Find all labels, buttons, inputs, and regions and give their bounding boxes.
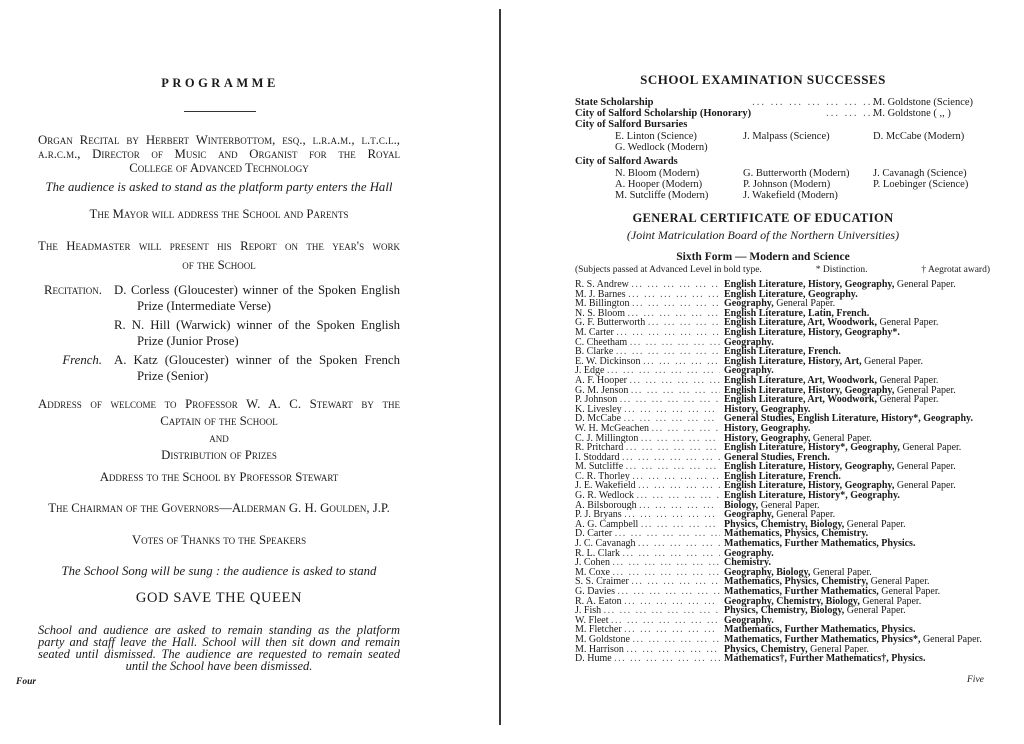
- student-name: E. W. Dickinson ... ... ... ... ... ... …: [575, 357, 720, 367]
- student-name: G. Davies ... ... ... ... ... ... ... ..…: [575, 587, 720, 597]
- other-subjects: General Paper.: [900, 442, 961, 453]
- award-recipient: M. Sutcliffe (Modern): [615, 190, 708, 201]
- closing-instructions: School and audience are asked to remain …: [38, 624, 400, 672]
- chairman-item: The Chairman of the Governors—Alderman G…: [38, 501, 400, 515]
- student-name: J. Fish ... ... ... ... ... ... ... ...: [575, 606, 720, 616]
- legend-bold-note: (Subjects passed at Advanced Level in bo…: [575, 265, 762, 275]
- student-name: W. Fleet ... ... ... ... ... ... ... ...: [575, 616, 720, 626]
- student-name: M. Harrison ... ... ... ... ... ... ... …: [575, 645, 720, 655]
- other-subjects: General Paper.: [862, 356, 923, 367]
- student-name: M. Goldstone ... ... ... ... ... ... ...…: [575, 635, 720, 645]
- legend-aegrotat-note: † Aegrotat award): [921, 265, 990, 275]
- leader-dots: ... ... ... ... ... ... ... ...: [633, 635, 721, 645]
- title-rule-divider: [184, 111, 256, 112]
- student-name: A. Bilsborough ... ... ... ... ... ... .…: [575, 501, 720, 511]
- student-name: M. J. Barnes ... ... ... ... ... ... ...…: [575, 290, 720, 300]
- result-row: J. Fish ... ... ... ... ... ... ... ...P…: [575, 606, 1015, 616]
- other-subjects: General Paper.: [894, 461, 955, 472]
- student-name: S. S. Craimer ... ... ... ... ... ... ..…: [575, 577, 720, 587]
- stand-note: The audience is asked to stand as the pl…: [38, 180, 400, 194]
- leader-dots: ... ... ... ... ... ... ... ...: [626, 462, 720, 472]
- leader-dots: ... ... ... ... ... ... ... ...: [604, 606, 720, 616]
- leader-dots: ... ... ... ... ... ... ... ...: [628, 290, 720, 300]
- recitation-line: A. Katz (Gloucester) winner of the Spoke…: [114, 353, 400, 367]
- other-subjects: General Paper.: [844, 605, 905, 616]
- student-name: K. Livesley ... ... ... ... ... ... ... …: [575, 405, 720, 415]
- student-name: C. R. Thorley ... ... ... ... ... ... ..…: [575, 472, 720, 482]
- scholarship-row: ... ... ... ... ... ... ...State Scholar…: [575, 97, 985, 108]
- bursary-recipient: J. Malpass (Science): [743, 131, 830, 142]
- award-recipient: A. Hooper (Modern): [615, 179, 702, 190]
- recitation-line: Prize (Senior): [114, 369, 400, 383]
- leader-dots: ... ... ... ... ... ... ... ...: [624, 597, 720, 607]
- award-recipient: J. Cavanagh (Science): [873, 168, 967, 179]
- organ-recital-line: College of Advanced Technology: [38, 161, 400, 175]
- leader-dots: ... ... ... ... ... ... ... ...: [648, 318, 720, 328]
- recitation-line: Prize (Junior Prose): [114, 334, 400, 348]
- sixth-form-title: Sixth Form — Modern and Science: [563, 251, 963, 263]
- recitation-line: Prize (Intermediate Verse): [114, 299, 400, 313]
- leader-dots: ... ... ... ... ... ... ... ...: [631, 280, 720, 290]
- student-name: J. Edge ... ... ... ... ... ... ... ...: [575, 366, 720, 376]
- student-name: R. S. Andrew ... ... ... ... ... ... ...…: [575, 280, 720, 290]
- leader-dots: ... ... ... ... ... ... ... ...: [616, 328, 720, 338]
- result-row: M. Carter ... ... ... ... ... ... ... ..…: [575, 328, 1015, 338]
- student-name: R. Pritchard ... ... ... ... ... ... ...…: [575, 443, 720, 453]
- bursary-row: G. Wedlock (Modern): [575, 142, 985, 153]
- welcome-line: Captain of the School: [38, 414, 400, 428]
- bursary-recipient: D. McCabe (Modern): [873, 131, 964, 142]
- programme-title: PROGRAMME: [0, 76, 440, 91]
- student-name: A. F. Hooper ... ... ... ... ... ... ...…: [575, 376, 720, 386]
- recitation-line: D. Corless (Gloucester) winner of the Sp…: [114, 283, 400, 297]
- result-row: D. Hume ... ... ... ... ... ... ... ...M…: [575, 654, 1015, 664]
- other-subjects: General Paper.: [877, 394, 938, 405]
- bursary-heading: City of Salford Bursaries: [575, 119, 985, 131]
- student-name: W. H. McGeachen ... ... ... ... ... ... …: [575, 424, 720, 434]
- scholarship-recipient: M. Goldstone (Science): [873, 97, 973, 108]
- headmaster-report-item: The Headmaster will present his Report o…: [38, 239, 400, 272]
- award-recipient: P. Johnson (Modern): [743, 179, 830, 190]
- page-number-left: Four: [16, 677, 36, 687]
- leader-dots: ... ... ... ... ... ... ... ...: [631, 386, 720, 396]
- bursary-recipient: G. Wedlock (Modern): [615, 142, 708, 153]
- organ-recital-item: Organ Recital by Herbert Winterbottom, e…: [38, 133, 400, 175]
- recitation-text: D. Corless (Gloucester) winner of the Sp…: [114, 283, 400, 313]
- leader-dots: ... ... ... ... ... ... ... ...: [624, 414, 720, 424]
- bursary-row: E. Linton (Science)J. Malpass (Science)D…: [575, 131, 985, 142]
- result-row: J. C. Cavanagh ... ... ... ... ... ... .…: [575, 539, 1015, 549]
- other-subjects: General Paper.: [894, 480, 955, 491]
- leader-dots: ... ... ... ... ... ... ... ...: [607, 366, 720, 376]
- student-name: J. E. Wakefield ... ... ... ... ... ... …: [575, 481, 720, 491]
- student-name: I. Stoddard ... ... ... ... ... ... ... …: [575, 453, 720, 463]
- student-name: M. Coxe ... ... ... ... ... ... ... ...: [575, 568, 720, 578]
- recitation-text: A. Katz (Gloucester) winner of the Spoke…: [114, 353, 400, 383]
- award-row: N. Bloom (Modern)G. Butterworth (Modern)…: [575, 168, 985, 179]
- award-recipient: N. Bloom (Modern): [615, 168, 699, 179]
- leader-dots: ... ... ... ... ... ... ... ...: [616, 347, 720, 357]
- leader-dots: ... ... ... ... ... ... ... ...: [615, 529, 720, 539]
- results-list: R. S. Andrew ... ... ... ... ... ... ...…: [575, 280, 1015, 664]
- leader-dots: ... ... ... ... ... ... ... ...: [626, 443, 720, 453]
- student-name: C. J. Millington ... ... ... ... ... ...…: [575, 434, 720, 444]
- leader-dots: ... ... ... ... ... ... ... ...: [630, 338, 720, 348]
- leader-dots: ... ... ... ... ... ... ... ...: [613, 568, 721, 578]
- student-name: D. McCabe ... ... ... ... ... ... ... ..…: [575, 414, 720, 424]
- scholarship-name: City of Salford Scholarship (Honorary): [575, 108, 751, 119]
- page-gutter-divider: [499, 9, 501, 725]
- leader-dots: ... ... ... ... ... ... ... ...: [618, 587, 721, 597]
- gce-subtitle: (Joint Matriculation Board of the Northe…: [563, 228, 963, 243]
- leader-dots: ... ... ... ... ... ... ... ...: [638, 481, 720, 491]
- student-name: B. Clarke ... ... ... ... ... ... ... ..…: [575, 347, 720, 357]
- leader-dots: ... ... ... ... ... ... ... ...: [631, 577, 720, 587]
- votes-of-thanks-item: Votes of Thanks to the Speakers: [38, 533, 400, 547]
- headmaster-line: of the School: [38, 258, 400, 272]
- leader-dots: ... ... ... ... ... ... ... ...: [638, 539, 720, 549]
- award-recipient: G. Butterworth (Modern): [743, 168, 849, 179]
- student-name: J. C. Cavanagh ... ... ... ... ... ... .…: [575, 539, 720, 549]
- leader-dots: ... ... ... ... ... ... ... ...: [632, 299, 720, 309]
- student-name: R. A. Eaton ... ... ... ... ... ... ... …: [575, 597, 720, 607]
- recitation-label: Recitation.: [38, 283, 102, 297]
- student-name: M. Fletcher ... ... ... ... ... ... ... …: [575, 625, 720, 635]
- student-name: A. G. Campbell ... ... ... ... ... ... .…: [575, 520, 720, 530]
- student-name: N. S. Bloom ... ... ... ... ... ... ... …: [575, 309, 720, 319]
- page-number-right: Five: [967, 675, 984, 685]
- leader-dots: ... ... ... ... ... ... ... ...: [641, 434, 720, 444]
- award-heading: City of Salford Awards: [575, 156, 985, 168]
- recitation-label: French.: [38, 353, 102, 367]
- leader-dots: ... ... ... ... ... ... ... ...: [614, 654, 720, 664]
- student-name: G. F. Butterworth ... ... ... ... ... ..…: [575, 318, 720, 328]
- right-page-exam-successes: SCHOOL EXAMINATION SUCCESSES ... ... ...…: [503, 0, 1024, 744]
- professor-address-item: Address to the School by Professor Stewa…: [38, 470, 400, 484]
- welcome-line: Distribution of Prizes: [38, 448, 400, 462]
- leader-dots: ... ... ... ... ... ... ... ...: [624, 625, 720, 635]
- leader-dots: ... ... ... ... ... ... ... ...: [624, 405, 720, 415]
- award-recipient: J. Wakefield (Modern): [743, 190, 838, 201]
- leader-dots: ... ... ... ... ... ... ... ...: [620, 395, 720, 405]
- leader-dots: ... ... ... ... ... ... ... ...: [652, 424, 720, 434]
- legend-distinction-note: * Distinction.: [816, 265, 868, 275]
- result-row: R. L. Clark ... ... ... ... ... ... ... …: [575, 549, 1015, 559]
- scholarship-name: State Scholarship: [575, 97, 653, 108]
- leader-dots: ... ... ... ... ... ... ... ...: [613, 558, 721, 568]
- other-subjects: General Paper.: [894, 279, 955, 290]
- student-name: D. Carter ... ... ... ... ... ... ... ..…: [575, 529, 720, 539]
- leader-dots: ... ... ... ... ... ... ... ...: [622, 453, 720, 463]
- advanced-subjects: Mathematics†, Further Mathematics†, Phys…: [724, 653, 925, 664]
- student-name: G. R. Wedlock ... ... ... ... ... ... ..…: [575, 491, 720, 501]
- leader-dots: ... ... ... ... ... ... ... ...: [624, 510, 720, 520]
- student-name: R. L. Clark ... ... ... ... ... ... ... …: [575, 549, 720, 559]
- student-name: D. Hume ... ... ... ... ... ... ... ...: [575, 654, 720, 664]
- bursary-recipient: E. Linton (Science): [615, 131, 697, 142]
- scholarship-recipient: M. Goldstone ( ,, ): [873, 108, 951, 119]
- leader-dots: ... ... ... ... ... ... ... ...: [629, 376, 720, 386]
- student-name: M. Carter ... ... ... ... ... ... ... ..…: [575, 328, 720, 338]
- closing-line: until the School have been dismissed.: [38, 660, 400, 672]
- welcome-line: Address of welcome to Professor W. A. C.…: [38, 397, 400, 411]
- leader-dots: ... ... ... ... ... ... ... ...: [611, 616, 720, 626]
- student-name: P. J. Bryans ... ... ... ... ... ... ...…: [575, 510, 720, 520]
- organ-recital-line: Organ Recital by Herbert Winterbottom, e…: [38, 133, 400, 147]
- school-song-note: The School Song will be sung : the audie…: [38, 564, 400, 578]
- leader-dots: ... ... ... ... ... ... ... ...: [639, 501, 720, 511]
- exam-successes-title: SCHOOL EXAMINATION SUCCESSES: [563, 72, 963, 88]
- spacer: [575, 201, 985, 204]
- other-subjects: General Paper.: [920, 634, 981, 645]
- welcome-address-item: Address of welcome to Professor W. A. C.…: [38, 397, 400, 462]
- left-page-programme: PROGRAMME Organ Recital by Herbert Winte…: [0, 0, 499, 744]
- student-name: M. Sutcliffe ... ... ... ... ... ... ...…: [575, 462, 720, 472]
- national-anthem-heading: GOD SAVE THE QUEEN: [38, 590, 400, 607]
- sixth-form-legend: (Subjects passed at Advanced Level in bo…: [575, 265, 990, 275]
- gce-title: GENERAL CERTIFICATE OF EDUCATION: [563, 211, 963, 226]
- welcome-line: and: [38, 431, 400, 445]
- scholarship-row: ... ... ...City of Salford Scholarship (…: [575, 108, 985, 119]
- leader-dots: ... ... ... ... ... ... ... ...: [632, 472, 720, 482]
- leader-dots: ... ... ... ... ... ... ... ...: [641, 520, 720, 530]
- leader-dots: ... ... ... ... ... ... ... ...: [623, 549, 721, 559]
- leader-dots: ... ... ... ... ... ... ... ...: [628, 309, 720, 319]
- student-subjects: Mathematics†, Further Mathematics†, Phys…: [724, 654, 925, 664]
- award-recipient: P. Loebinger (Science): [873, 179, 968, 190]
- award-row: M. Sutcliffe (Modern)J. Wakefield (Moder…: [575, 190, 985, 201]
- student-name: P. Johnson ... ... ... ... ... ... ... .…: [575, 395, 720, 405]
- scholarships-and-awards: ... ... ... ... ... ... ...State Scholar…: [575, 97, 985, 204]
- recitation-line: R. N. Hill (Warwick) winner of the Spoke…: [114, 318, 400, 332]
- student-name: J. Cohen ... ... ... ... ... ... ... ...: [575, 558, 720, 568]
- headmaster-line: The Headmaster will present his Report o…: [38, 239, 400, 253]
- leader-dots: ... ... ... ... ... ... ... ...: [637, 491, 720, 501]
- leader-dots: ... ... ... ... ... ... ... ...: [626, 645, 720, 655]
- mayor-address-item: The Mayor will address the School and Pa…: [38, 207, 400, 221]
- recitation-text: R. N. Hill (Warwick) winner of the Spoke…: [114, 318, 400, 348]
- student-name: G. M. Jenson ... ... ... ... ... ... ...…: [575, 386, 720, 396]
- leader-dots: ... ... ... ... ... ... ... ...: [643, 357, 720, 367]
- student-name: C. Cheetham ... ... ... ... ... ... ... …: [575, 338, 720, 348]
- student-name: M. Billington ... ... ... ... ... ... ..…: [575, 299, 720, 309]
- award-row: A. Hooper (Modern)P. Johnson (Modern)P. …: [575, 179, 985, 190]
- result-row: E. W. Dickinson ... ... ... ... ... ... …: [575, 357, 1015, 367]
- organ-recital-line: a.r.c.m., Director of Music and Organist…: [38, 147, 400, 161]
